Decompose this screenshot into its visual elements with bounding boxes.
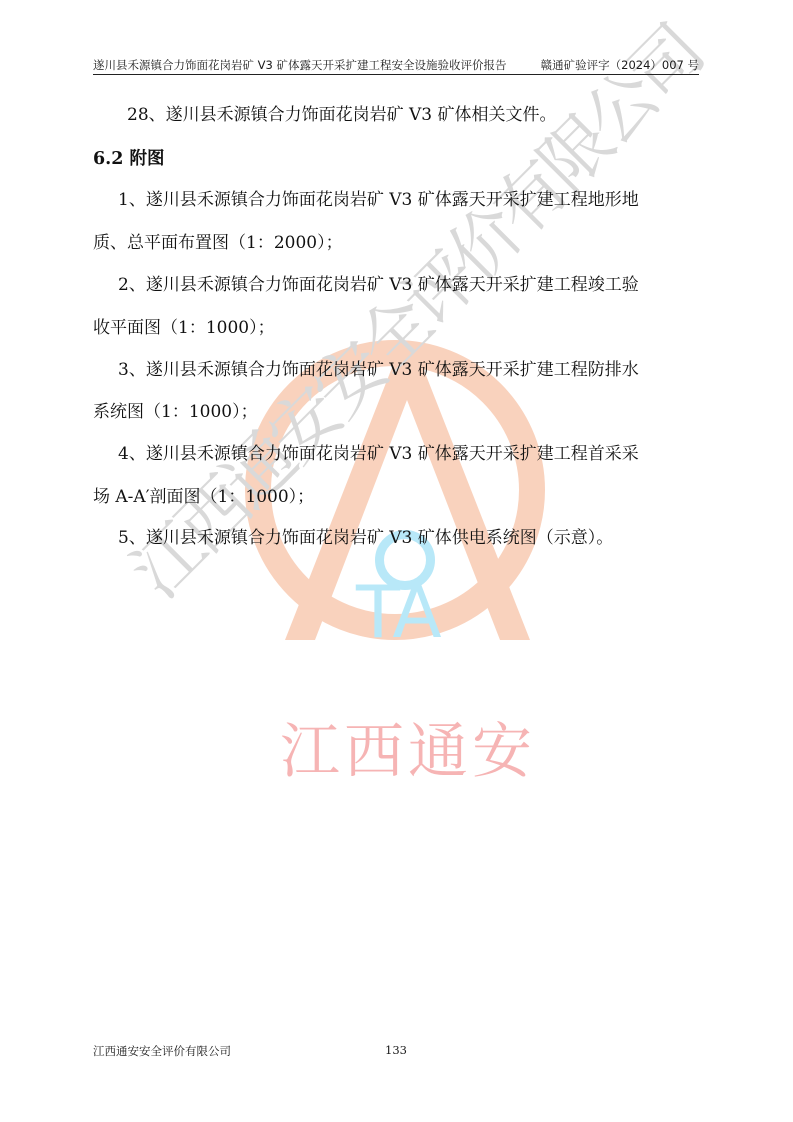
figure-item-3-line1: 3、遂川县禾源镇合力饰面花岗岩矿 V3 矿体露天开采扩建工程防排水 <box>118 362 639 379</box>
document-page: TA 江西通安安全评价有限公司 江西通安 遂川县禾源镇合力饰面花岗岩矿 V3 矿… <box>0 0 793 1122</box>
figure-item-5-line1: 5、遂川县禾源镇合力饰面花岗岩矿 V3 矿体供电系统图（示意）。 <box>118 530 613 547</box>
document-number: 赣通矿验评字（2024）007 号 <box>541 57 699 73</box>
figure-item-2-line1: 2、遂川县禾源镇合力饰面花岗岩矿 V3 矿体露天开采扩建工程竣工验 <box>118 277 639 294</box>
page-number: 133 <box>385 1043 407 1057</box>
figure-item-3-line2: 系统图（1：1000）； <box>93 404 258 421</box>
figure-item-1-line1: 1、遂川县禾源镇合力饰面花岗岩矿 V3 矿体露天开采扩建工程地形地 <box>118 192 639 209</box>
page-header: 遂川县禾源镇合力饰面花岗岩矿 V3 矿体露天开采扩建工程安全设施验收评价报告 赣… <box>93 55 699 75</box>
section-heading: 6.2 附图 <box>93 151 165 169</box>
report-title: 遂川县禾源镇合力饰面花岗岩矿 V3 矿体露天开采扩建工程安全设施验收评价报告 <box>93 57 507 73</box>
figure-item-2-line2: 收平面图（1：1000）； <box>93 320 275 337</box>
watermark-logo-letters: TA <box>356 576 440 648</box>
figure-item-1-line2: 质、总平面布置图（1：2000）； <box>93 235 343 252</box>
figure-item-4-line1: 4、遂川县禾源镇合力饰面花岗岩矿 V3 矿体露天开采扩建工程首采采 <box>118 446 639 463</box>
footer-company: 江西通安安全评价有限公司 <box>93 1043 231 1059</box>
watermark-company-short: 江西通安 <box>280 722 536 782</box>
figure-item-4-line2: 场 A-A′剖面图（1：1000）； <box>93 489 314 506</box>
list-item-28: 28、遂川县禾源镇合力饰面花岗岩矿 V3 矿体相关文件。 <box>127 107 557 124</box>
